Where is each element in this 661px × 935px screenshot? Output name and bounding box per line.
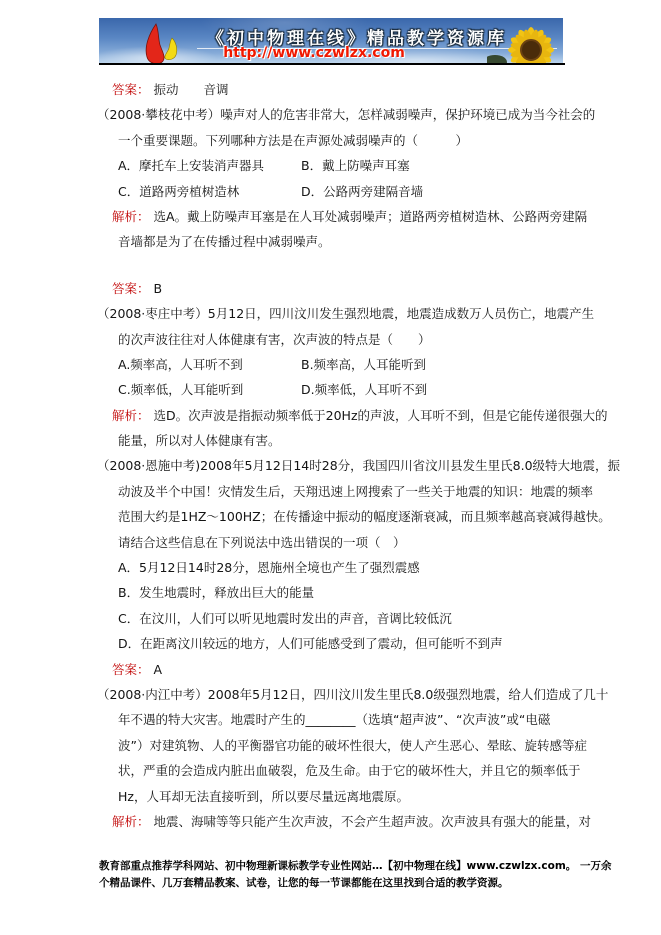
page-footer: 教育部重点推荐学科网站、初中物理新课标教学专业性网站…【初中物理在线】www.c… [99,858,574,892]
answer-text: A [154,662,163,677]
option-right: D.频率低，人耳听不到 [301,382,427,397]
options-row: C．道路两旁植树造林D．公路两旁建隔音墙 [0,179,661,204]
text-line: 请结合这些信息在下列说法中选出错误的一项（ ） [0,530,661,555]
options-row: C.频率低，人耳能听到D.频率低，人耳听不到 [0,377,661,402]
analysis-line: 解析：选A。戴上防噪声耳塞是在人耳处减弱噪声；道路两旁植树造林、公路两旁建隔 [0,204,661,229]
option-right: B.频率高，人耳能听到 [301,357,426,372]
text-line: B．发生地震时，释放出巨大的能量 [0,580,661,605]
answer-text: 振动 音调 [154,82,229,97]
analysis-line: 解析：地震、海啸等等只能产生次声波，不会产生超声波。次声波具有强大的能量，对 [0,809,661,834]
analysis-text: 地震、海啸等等只能产生次声波，不会产生超声波。次声波具有强大的能量，对 [154,814,592,829]
document-body: 答案：振动 音调（2008·攀枝花中考）噪声对人的危害非常大，怎样减弱噪声，保护… [0,77,661,834]
sunflower-icon [487,26,563,63]
text-line: 状，严重的会造成内脏出血破裂，危及生命。由于它的破坏性大，并且它的频率低于 [0,758,661,783]
answer-line: 答案：A [0,657,661,682]
question-start-line: （2008·内江中考）2008年5月12日，四川汶川发生里氏8.0级强烈地震，给… [0,682,661,707]
answer-line: 答案：B [0,276,661,301]
option-left: C．道路两旁植树造林 [118,179,301,204]
footer-line-1: 教育部重点推荐学科网站、初中物理新课标教学专业性网站…【初中物理在线】www.c… [99,858,574,875]
analysis-text: 选A。戴上防噪声耳塞是在人耳处减弱噪声；道路两旁植树造林、公路两旁建隔 [154,209,588,224]
text-line: 动波及半个中国！灾情发生后，天翔迅速上网搜索了一些关于地震的知识：地震的频率 [0,479,661,504]
answer-label: 答案： [112,662,150,677]
answer-label: 答案： [112,281,150,296]
text-line: 音墙都是为了在传播过程中减弱噪声。 [0,229,661,254]
text-line: C．在汶川，人们可以听见地震时发出的声音，音调比较低沉 [0,606,661,631]
text-line: 的次声波往往对人体健康有害，次声波的特点是（ ） [0,327,661,352]
question-start-line: （2008·攀枝花中考）噪声对人的危害非常大，怎样减弱噪声，保护环境已成为当今社… [0,102,661,127]
banner-divider-rule [99,63,565,65]
text-line: D．在距离汶川较远的地方，人们可能感受到了震动，但可能听不到声 [0,631,661,656]
text-line: Hz，人耳却无法直接听到，所以要尽量远离地震原。 [0,784,661,809]
analysis-line: 解析：选D。次声波是指振动频率低于20Hz的声波，人耳听不到，但是它能传递很强大… [0,403,661,428]
site-banner: 《初中物理在线》精品教学资源库 http://www.czwlzx.com [99,18,563,63]
text-line: 能量，所以对人体健康有害。 [0,428,661,453]
text-line: A．5月12日14时28分，恩施州全境也产生了强烈震感 [0,555,661,580]
text-line: 范围大约是1HZ～100HZ；在传播途中振动的幅度逐渐衰减，而且频率越高衰减得越… [0,504,661,529]
text-line: 波”）对建筑物、人的平衡器官功能的破坏性很大，使人产生恶心、晕眩、旋转感等症 [0,733,661,758]
spacer-line [0,255,661,276]
analysis-text: 选D。次声波是指振动频率低于20Hz的声波，人耳听不到，但是它能传递很强大的 [154,408,608,423]
answer-line: 答案：振动 音调 [0,77,661,102]
text-line: 年不遇的特大灾害。地震时产生的________（选填“超声波”、“次声波”或“电… [0,707,661,732]
analysis-label: 解析： [112,814,150,829]
option-left: C.频率低，人耳能听到 [118,377,301,402]
analysis-label: 解析： [112,408,150,423]
option-right: B．戴上防噪声耳塞 [301,158,410,173]
options-row: A．摩托车上安装消声器具B．戴上防噪声耳塞 [0,153,661,178]
option-left: A．摩托车上安装消声器具 [118,153,301,178]
footer-line-2: 个精品课件、几万套精品教案、试卷，让您的每一节课都能在这里找到合适的教学资源。 [99,875,574,892]
text-line: 一个重要课题。下列哪种方法是在声源处减弱噪声的（ ） [0,128,661,153]
answer-text: B [154,281,163,296]
analysis-label: 解析： [112,209,150,224]
answer-label: 答案： [112,82,150,97]
question-start-line: （2008·枣庄中考）5月12日，四川汶川发生强烈地震，地震造成数万人员伤亡，地… [0,301,661,326]
question-start-line: （2008·恩施中考)2008年5月12日14时28分，我国四川省汶川县发生里氏… [0,453,661,478]
option-right: D．公路两旁建隔音墙 [301,184,423,199]
banner-url-link[interactable]: http://www.czwlzx.com [159,45,469,61]
option-left: A.频率高，人耳听不到 [118,352,301,377]
options-row: A.频率高，人耳听不到B.频率高，人耳能听到 [0,352,661,377]
